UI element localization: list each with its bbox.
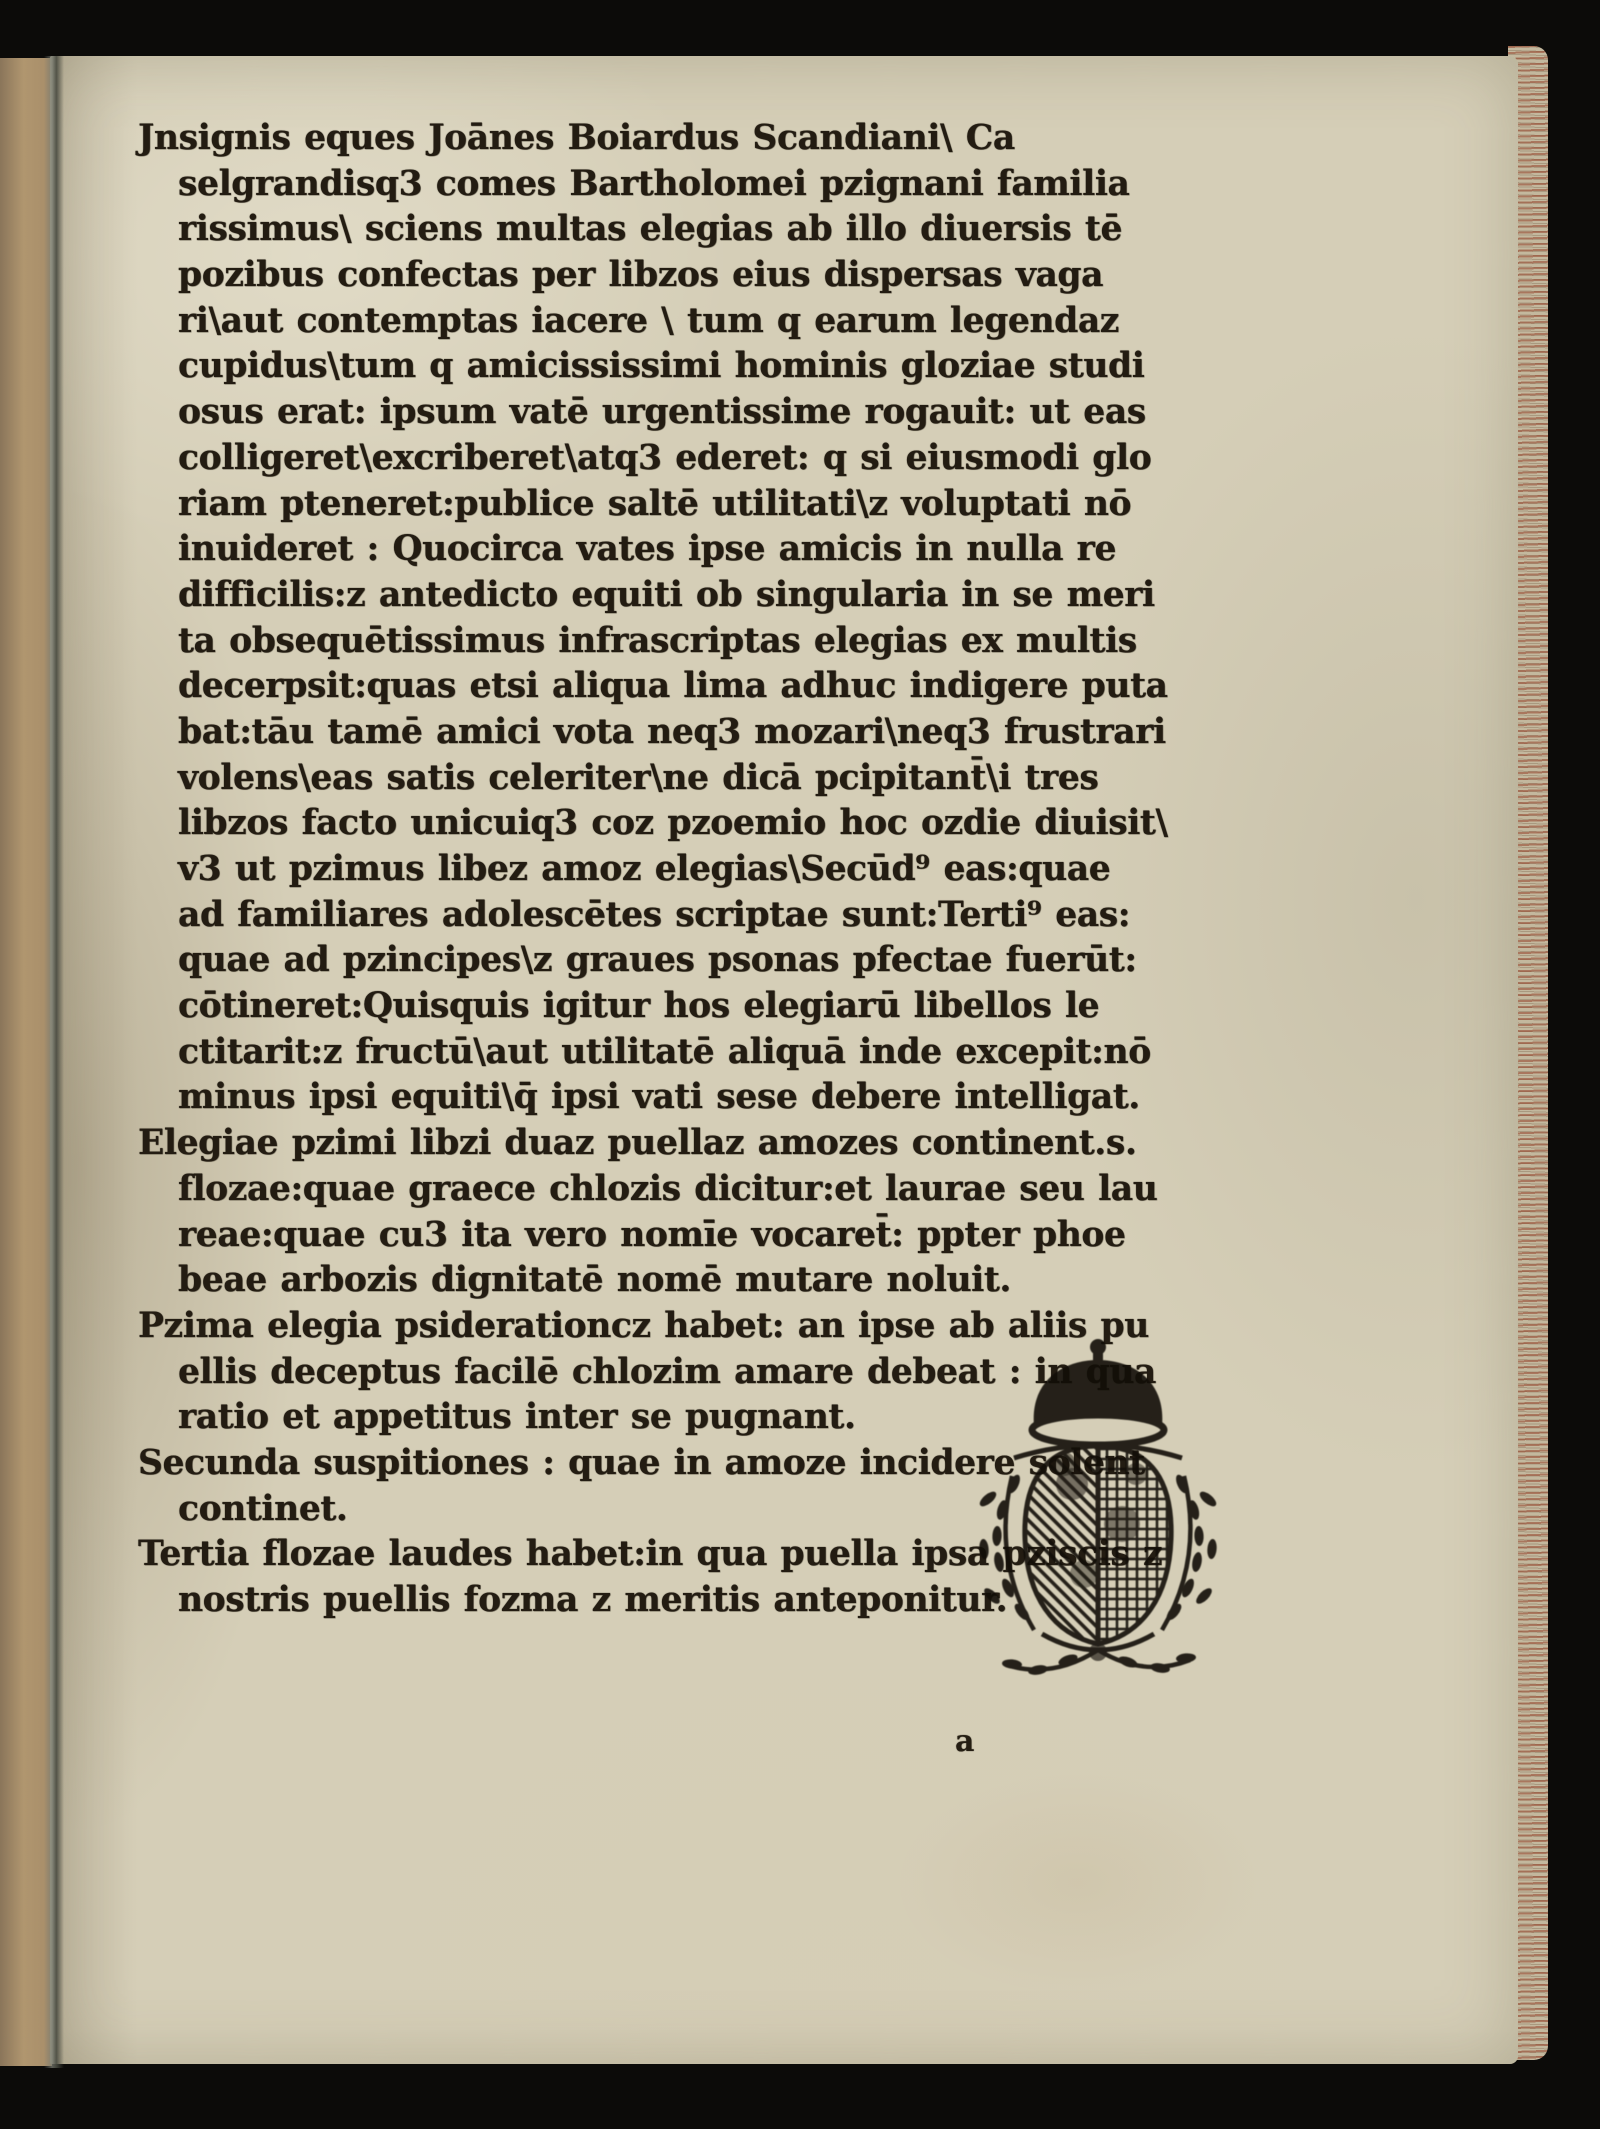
text-line: volens\eas satis celeriter\ne dicā pcipi… (138, 756, 1198, 802)
stamp-artwork (977, 1339, 1218, 1676)
text-line: ad familiares adolescētes scriptae sunt:… (138, 893, 1198, 939)
text-line: pozibus confectas per libzos eius disper… (138, 253, 1198, 299)
text-line: colligeret\excriberet\atq3 ederet: q si … (138, 436, 1198, 482)
gutter-shadow (44, 56, 64, 2068)
text-line: decerpsit:quas etsi aliqua lima adhuc in… (138, 664, 1198, 710)
text-line: ri\aut contemptas iacere \ tum q earum l… (138, 299, 1198, 345)
text-line: selgrandisq3 comes Bartholomei pzignani … (138, 162, 1198, 208)
text-line: Elegiae pzimi libzi duaz puellaz amozes … (138, 1121, 1198, 1167)
text-line: ctitarit:z fructū\aut utilitatē aliquā i… (138, 1030, 1198, 1076)
text-line: bat:tāu tamē amici vota neq3 mozari\neq3… (138, 710, 1198, 756)
text-line: difficilis:z antedicto equiti ob singula… (138, 573, 1198, 619)
signature-mark: a (955, 1724, 974, 1759)
text-line: libzos facto unicuiq3 coz pzoemio hoc oz… (138, 801, 1198, 847)
page: Jnsignis eques Joānes Boiardus Scandiani… (50, 56, 1518, 2064)
text-line: riam pteneret:publice saltē utilitati\z … (138, 482, 1198, 528)
text-line: cupidus\tum q amicississimi hominis gloz… (138, 344, 1198, 390)
text-line: quae ad pzincipes\z graues psonas pfecta… (138, 938, 1198, 984)
library-stamp-icon (972, 1334, 1224, 1682)
text-line: minus ipsi equiti\q̄ ipsi vati sese debe… (138, 1075, 1198, 1121)
text-line: inuideret : Quocirca vates ipse amicis i… (138, 527, 1198, 573)
text-line: beae arbozis dignitatē nomē mutare nolui… (138, 1258, 1198, 1304)
text-line: ta obsequētissimus infrascriptas elegias… (138, 619, 1198, 665)
text-line: osus erat: ipsum vatē urgentissime rogau… (138, 390, 1198, 436)
text-line: v3 ut pzimus libez amoz elegias\Secūd⁹ e… (138, 847, 1198, 893)
text-line: reae:quae cu3 ita vero nomīe vocaret̄: p… (138, 1213, 1198, 1259)
text-line: Jnsignis eques Joānes Boiardus Scandiani… (138, 116, 1198, 162)
text-line: flozae:quae graece chlozis dicitur:et la… (138, 1167, 1198, 1213)
text-line: rissimus\ sciens multas elegias ab illo … (138, 207, 1198, 253)
text-line: cōtineret:Quisquis igitur hos elegiarū l… (138, 984, 1198, 1030)
scanned-book-page: Jnsignis eques Joānes Boiardus Scandiani… (0, 0, 1600, 2129)
